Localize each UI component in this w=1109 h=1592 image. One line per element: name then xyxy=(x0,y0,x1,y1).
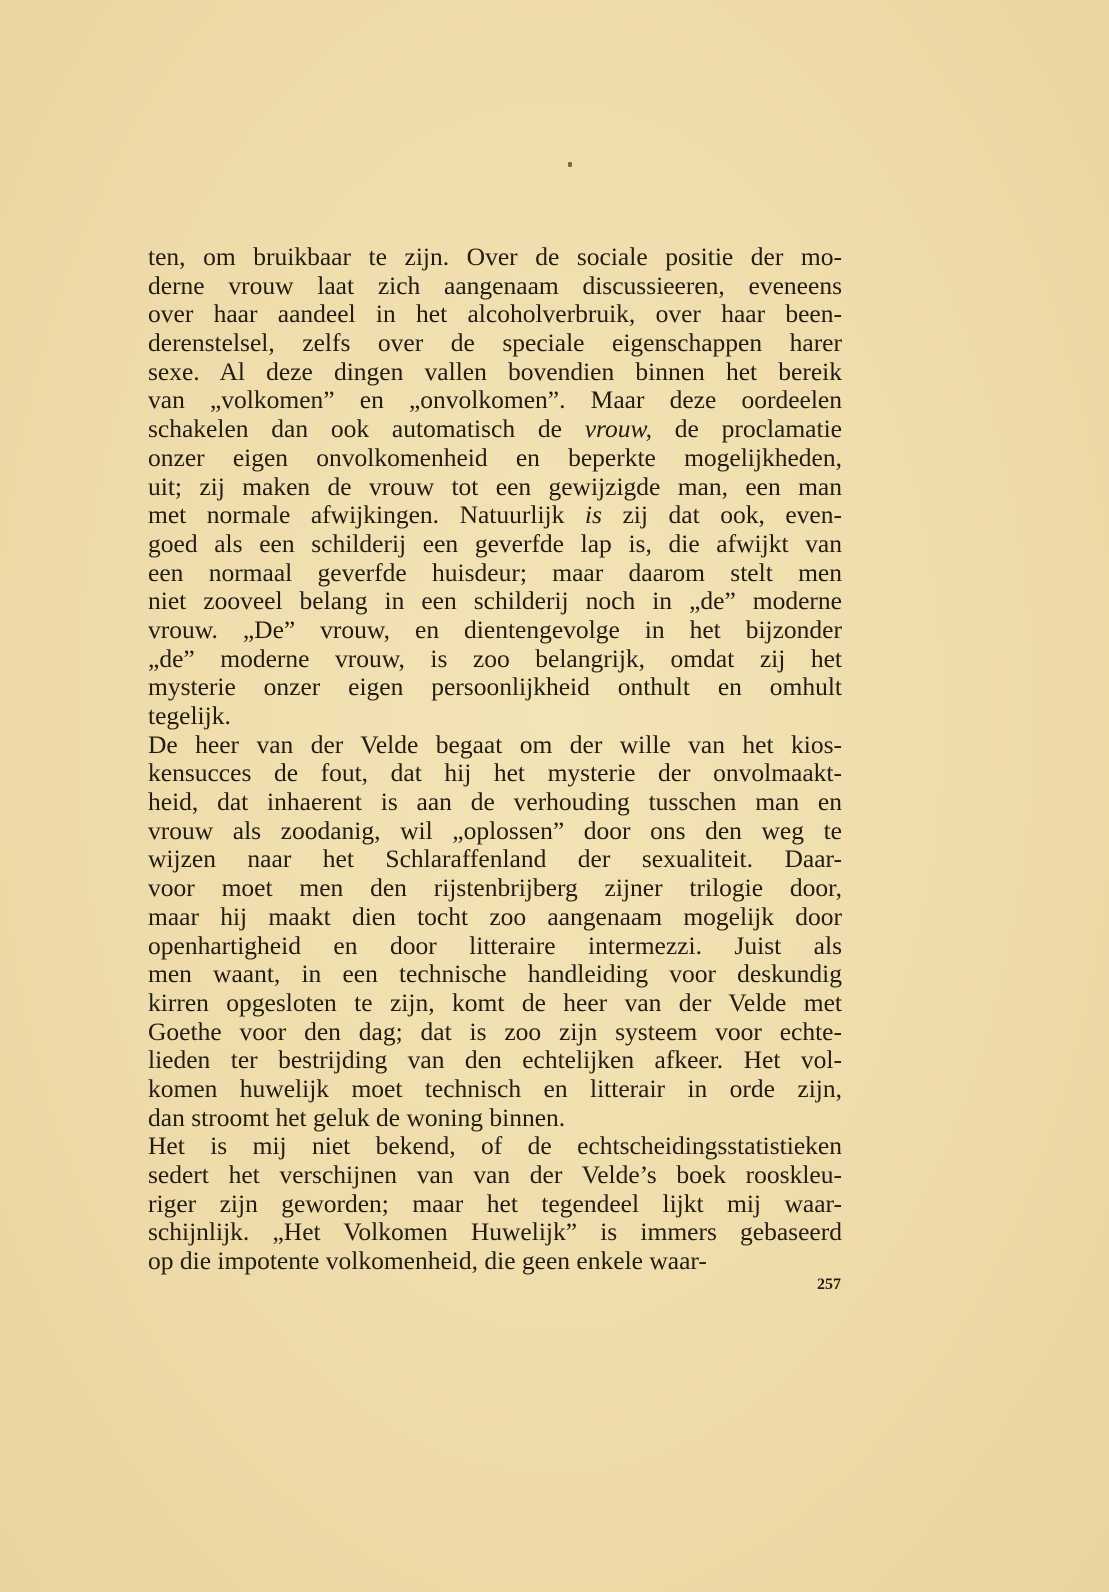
text-line: kensucces de fout, dat hij het mysterie … xyxy=(148,759,842,788)
text-line: vrouw. „De” vrouw, en dientengevolge in … xyxy=(148,616,842,645)
emphasis: is xyxy=(585,500,602,529)
text-line: „de” moderne vrouw, is zoo belangrijk, o… xyxy=(148,645,842,674)
text-line: ten, om bruikbaar te zijn. Over de socia… xyxy=(148,243,842,272)
text-line: over haar aandeel in het alcoholverbruik… xyxy=(148,300,842,329)
text-line: derenstelsel, zelfs over de speciale eig… xyxy=(148,329,842,358)
text-line: openhartigheid en door litteraire interm… xyxy=(148,932,842,961)
text-line: lieden ter bestrijding van den echtelijk… xyxy=(148,1046,842,1075)
text-line: onzer eigen onvolkomenheid en beperkte m… xyxy=(148,444,842,473)
text-line: voor moet men den rijstenbrijberg zijner… xyxy=(148,874,842,903)
text-line: een normaal geverfde huisdeur; maar daar… xyxy=(148,559,842,588)
text-line: men waant, in een technische handleiding… xyxy=(148,960,842,989)
paper-speck xyxy=(568,162,572,167)
text-line: komen huwelijk moet technisch en littera… xyxy=(148,1075,842,1104)
emphasis: vrouw, xyxy=(585,414,652,443)
text-line: wijzen naar het Schlaraffenland der sexu… xyxy=(148,845,842,874)
text-line: Het is mij niet bekend, of de echtscheid… xyxy=(148,1132,842,1161)
text-line: op die impotente volkomenheid, die geen … xyxy=(148,1247,842,1276)
text-line: derne vrouw laat zich aangenaam discussi… xyxy=(148,272,842,301)
text-line: tegelijk. xyxy=(148,702,842,731)
text-line: van „volkomen” en „onvolkomen”. Maar dez… xyxy=(148,386,842,415)
paragraph: ten, om bruikbaar te zijn. Over de socia… xyxy=(148,243,842,731)
paragraph: Het is mij niet bekend, of de echtscheid… xyxy=(148,1132,842,1275)
text-line: De heer van der Velde begaat om der will… xyxy=(148,731,842,760)
text-line: met normale afwijkingen. Natuurlijk is z… xyxy=(148,501,842,530)
text-line: sexe. Al deze dingen vallen bovendien bi… xyxy=(148,358,842,387)
text-line: maar hij maakt dien tocht zoo aangenaam … xyxy=(148,903,842,932)
text-line: niet zooveel belang in een schilderij no… xyxy=(148,587,842,616)
book-page: ten, om bruikbaar te zijn. Over de socia… xyxy=(0,0,1109,1592)
text-line: vrouw als zoodanig, wil „oplossen” door … xyxy=(148,817,842,846)
text-line: uit; zij maken de vrouw tot een gewijzig… xyxy=(148,473,842,502)
text-line: riger zijn geworden; maar het tegendeel … xyxy=(148,1190,842,1219)
text-line: kirren opgesloten te zijn, komt de heer … xyxy=(148,989,842,1018)
page-number: 257 xyxy=(817,1276,841,1294)
body-text: ten, om bruikbaar te zijn. Over de socia… xyxy=(148,243,842,1276)
text-line: dan stroomt het geluk de woning binnen. xyxy=(148,1104,842,1133)
text-line: heid, dat inhaerent is aan de verhouding… xyxy=(148,788,842,817)
text-line: goed als een schilderij een geverfde lap… xyxy=(148,530,842,559)
text-line: Goethe voor den dag; dat is zoo zijn sys… xyxy=(148,1018,842,1047)
paragraph: De heer van der Velde begaat om der will… xyxy=(148,731,842,1133)
text-line: schakelen dan ook automatisch de vrouw, … xyxy=(148,415,842,444)
text-line: sedert het verschijnen van van der Velde… xyxy=(148,1161,842,1190)
text-line: mysterie onzer eigen persoonlijkheid ont… xyxy=(148,673,842,702)
text-line: schijnlijk. „Het Volkomen Huwelijk” is i… xyxy=(148,1218,842,1247)
